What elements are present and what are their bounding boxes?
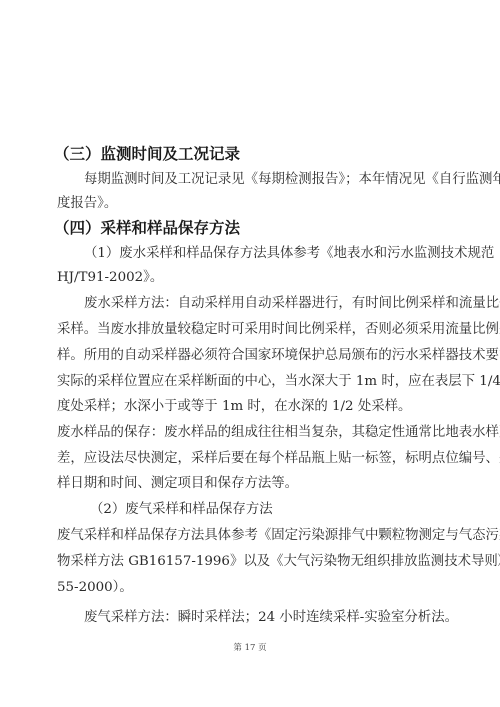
paragraph-line: 废水样品的保存：废水样品的组成往往相当复杂，其稳定性通常比地表水样更 bbox=[57, 424, 459, 442]
paragraph-line: 样。所用的自动采样器必须符合国家环境保护总局颁布的污水采样器技术要求。 bbox=[57, 347, 459, 365]
paragraph-line: 差，应设法尽快测定，采样后要在每个样品瓶上贴一标签，标明点位编号、采 bbox=[57, 450, 459, 468]
document-page: （三）监测时间及工况记录 每期监测时间及工况记录见《每期检测报告》；本年情况见《… bbox=[0, 0, 500, 707]
subsection-title-exhaust: （2）废气采样和样品保存方法 bbox=[90, 501, 492, 519]
section-heading-sampling-storage: （四）采样和样品保存方法 bbox=[54, 219, 456, 237]
paragraph-line: HJ/T91-2002》。 bbox=[57, 269, 459, 287]
paragraph-line: 度处采样；水深小于或等于 1m 时，在水深的 1/2 处采样。 bbox=[57, 398, 459, 416]
paragraph-line: 每期监测时间及工况记录见《每期检测报告》；本年情况见《自行监测年 bbox=[84, 171, 459, 189]
page-number: 第 17 页 bbox=[0, 641, 500, 653]
section-heading-monitoring-time: （三）监测时间及工况记录 bbox=[54, 145, 456, 163]
paragraph-line: 物采样方法 GB16157-1996》以及《大气污染物无组织排放监测技术导则》（… bbox=[57, 553, 459, 571]
paragraph-line: 采样。当废水排放量较稳定时可采用时间比例采样，否则必须采用流量比例采 bbox=[57, 321, 459, 339]
paragraph-line: （1）废水采样和样品保存方法具体参考《地表水和污水监测技术规范 bbox=[84, 245, 459, 263]
paragraph-line: 55-2000）。 bbox=[57, 579, 459, 597]
paragraph-line: 度报告》。 bbox=[57, 195, 459, 213]
paragraph-line: 样日期和时间、测定项目和保存方法等。 bbox=[57, 475, 459, 493]
paragraph-line: 实际的采样位置应在采样断面的中心，当水深大于 1m 时，应在表层下 1/4 深 bbox=[57, 373, 459, 391]
paragraph-line: 废水采样方法：自动采样用自动采样器进行，有时间比例采样和流量比例 bbox=[84, 295, 459, 313]
paragraph-line: 废气采样方法：瞬时采样法；24 小时连续采样-实验室分析法。 bbox=[84, 609, 486, 627]
paragraph-line: 废气采样和样品保存方法具体参考《固定污染源排气中颗粒物测定与气态污染 bbox=[57, 527, 459, 545]
